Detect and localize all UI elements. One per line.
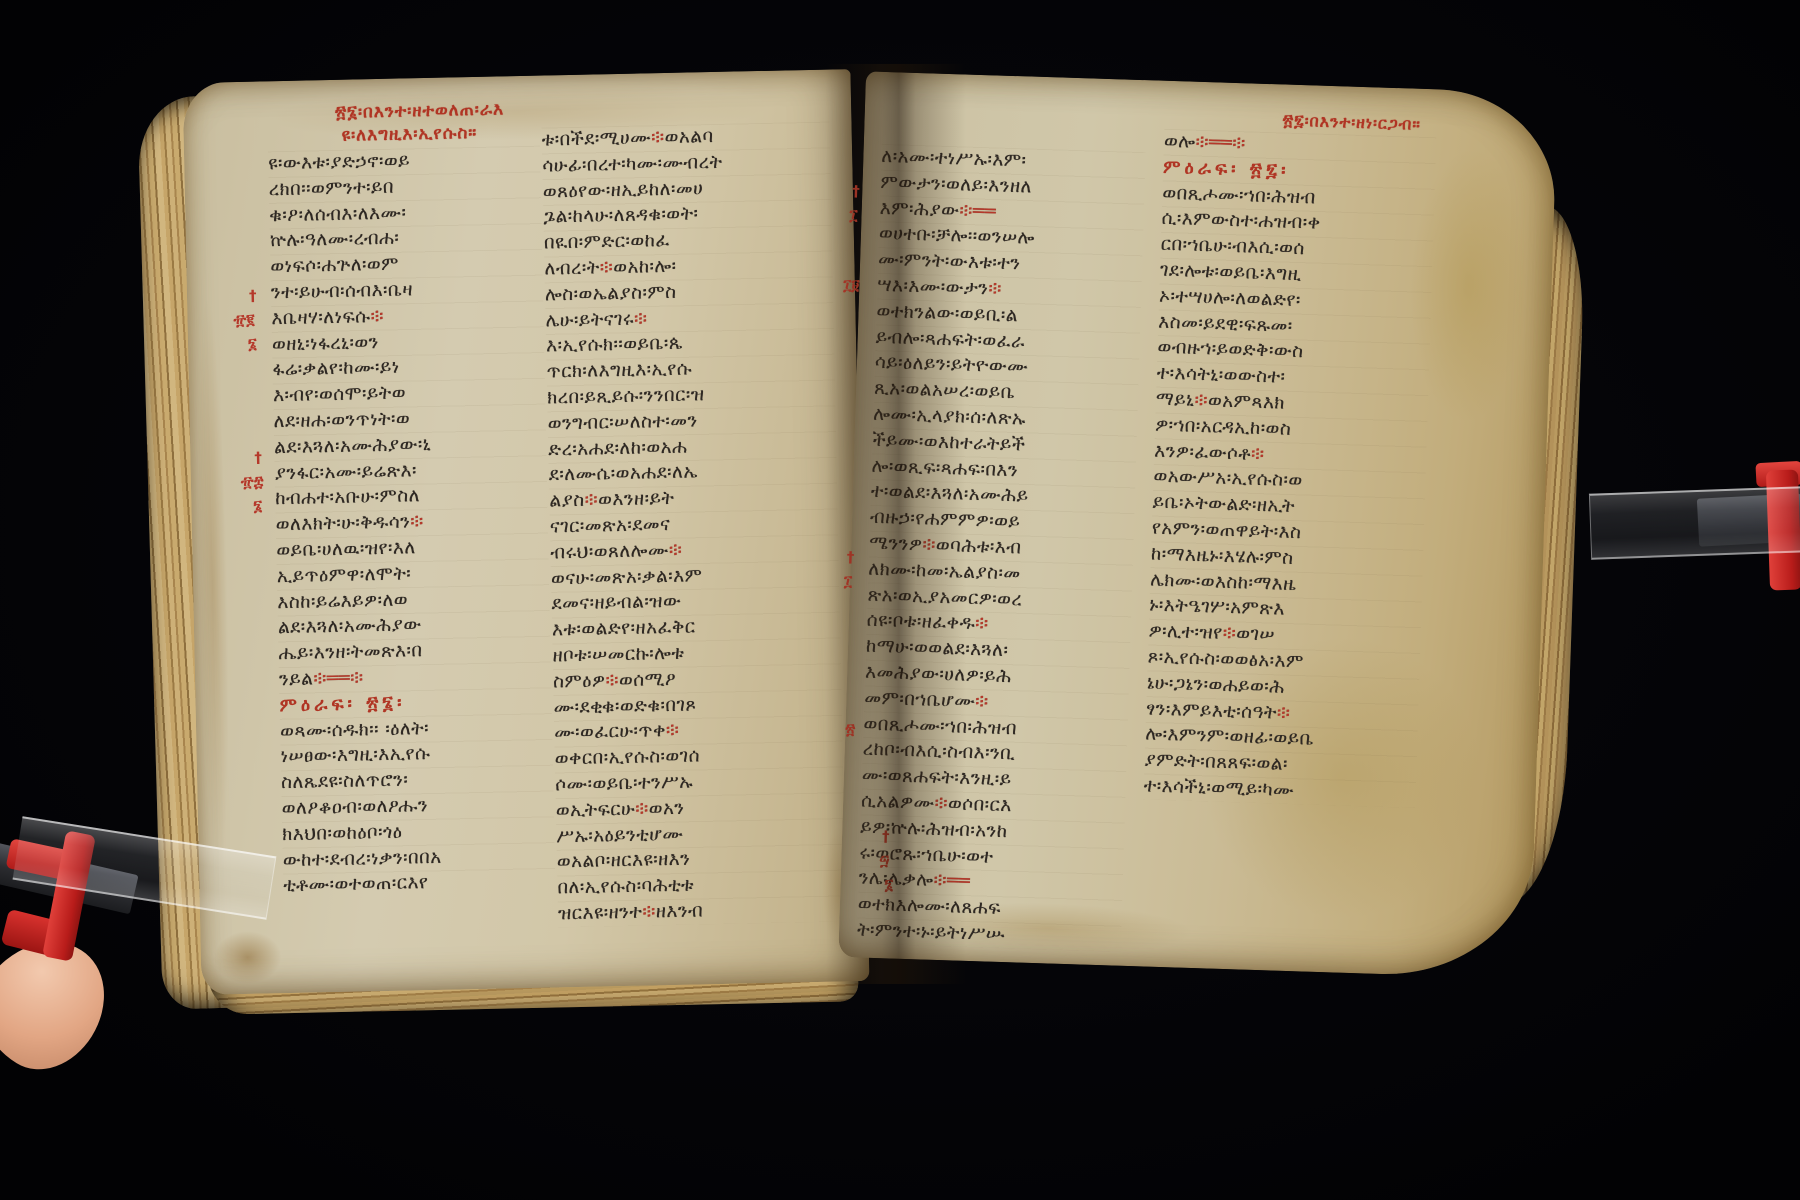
photo-of-manuscript: { "scene": { "description_colors": { "ba… bbox=[0, 0, 1800, 1200]
margin-mark: ፹፪ bbox=[233, 312, 254, 328]
margin-mark: ፵ bbox=[879, 852, 890, 868]
left-page-margin-marks bbox=[183, 69, 851, 83]
right-page-column-2: ወሎ፨══፨ምዕራፍ፡ ፳፯፡ወበጺሖሙ፡ኀበ፡ሕዝብሲ፡እምውስተ፡ሐዝብ፡ቀ… bbox=[1143, 129, 1436, 808]
right-page-rubric-title: ፳፯፡በእንተ፡ዘነ፡ርጋብ። bbox=[1282, 108, 1421, 135]
margin-mark: † bbox=[852, 183, 860, 199]
acrylic-strip bbox=[1589, 486, 1800, 559]
margin-mark: ፲፱ bbox=[843, 277, 859, 293]
margin-mark: ፲ bbox=[849, 207, 857, 223]
text-line: ዝርእዩ፡ዘንተ፨ዘእንብ bbox=[558, 895, 846, 927]
left-page-rubric-title: ፳፮፡በእንተ፡ዘተወለጠ፡ራእ ዩ፡ለእግዚእ፡ኢየሱስ። bbox=[335, 98, 505, 148]
left-page-clamp bbox=[0, 818, 310, 1068]
margin-mark: † bbox=[254, 450, 262, 466]
left-page-column-1: ዩ፡ውእቱ፡ያድኃኖ፡ወይረክበ፡፡ወምንተ፡ይበቁ፡ዖ፡ለሰብእ፡ለእሙ፡ኵሉ… bbox=[268, 146, 556, 900]
rubric-line: ዩ፡ለእግዚእ፡ኢየሱስ። bbox=[335, 121, 504, 148]
margin-mark: ፮ bbox=[253, 498, 262, 514]
margin-mark: † bbox=[882, 828, 890, 844]
margin-mark: ፳ bbox=[845, 721, 855, 737]
margin-mark: ፮ bbox=[884, 876, 893, 892]
margin-mark: † bbox=[249, 288, 257, 304]
margin-mark: † bbox=[847, 549, 855, 565]
right-page-column-1: ለ፡አሙ፡ተነሥኡ፡እም፡ምውታን፡ወለይ፡እንዘለእም፡ሕያው፨══ወሀተቡ፡… bbox=[857, 144, 1146, 952]
left-page-column-2: ቱ፡በችደ፡ሚሀሙ፨ወአልባሳሁፊ፡በረተ፡ካሙ፡ሙብረትወጸዕየው፡ዘኢይከለ… bbox=[542, 122, 847, 928]
right-page: ፳፯፡በእንተ፡ዘነ፡ርጋብ። ለ፡አሙ፡ተነሥኡ፡እም፡ምውታን፡ወለይ፡እን… bbox=[838, 71, 1557, 978]
right-page-clamp bbox=[1560, 430, 1800, 600]
margin-mark: ፲ bbox=[844, 573, 852, 589]
margin-mark: ፮ bbox=[248, 336, 257, 352]
text-line: ቲቶሙ፡ወተወጠ፡ርእየ bbox=[283, 868, 555, 899]
margin-mark: ፹፰ bbox=[241, 473, 264, 489]
rubric-line: ፳፯፡በእንተ፡ዘነ፡ርጋብ። bbox=[1282, 108, 1421, 135]
right-page-margin-marks bbox=[866, 71, 1558, 93]
rubric-line: ፳፮፡በእንተ፡ዘተወለጠ፡ራእ bbox=[335, 98, 504, 125]
